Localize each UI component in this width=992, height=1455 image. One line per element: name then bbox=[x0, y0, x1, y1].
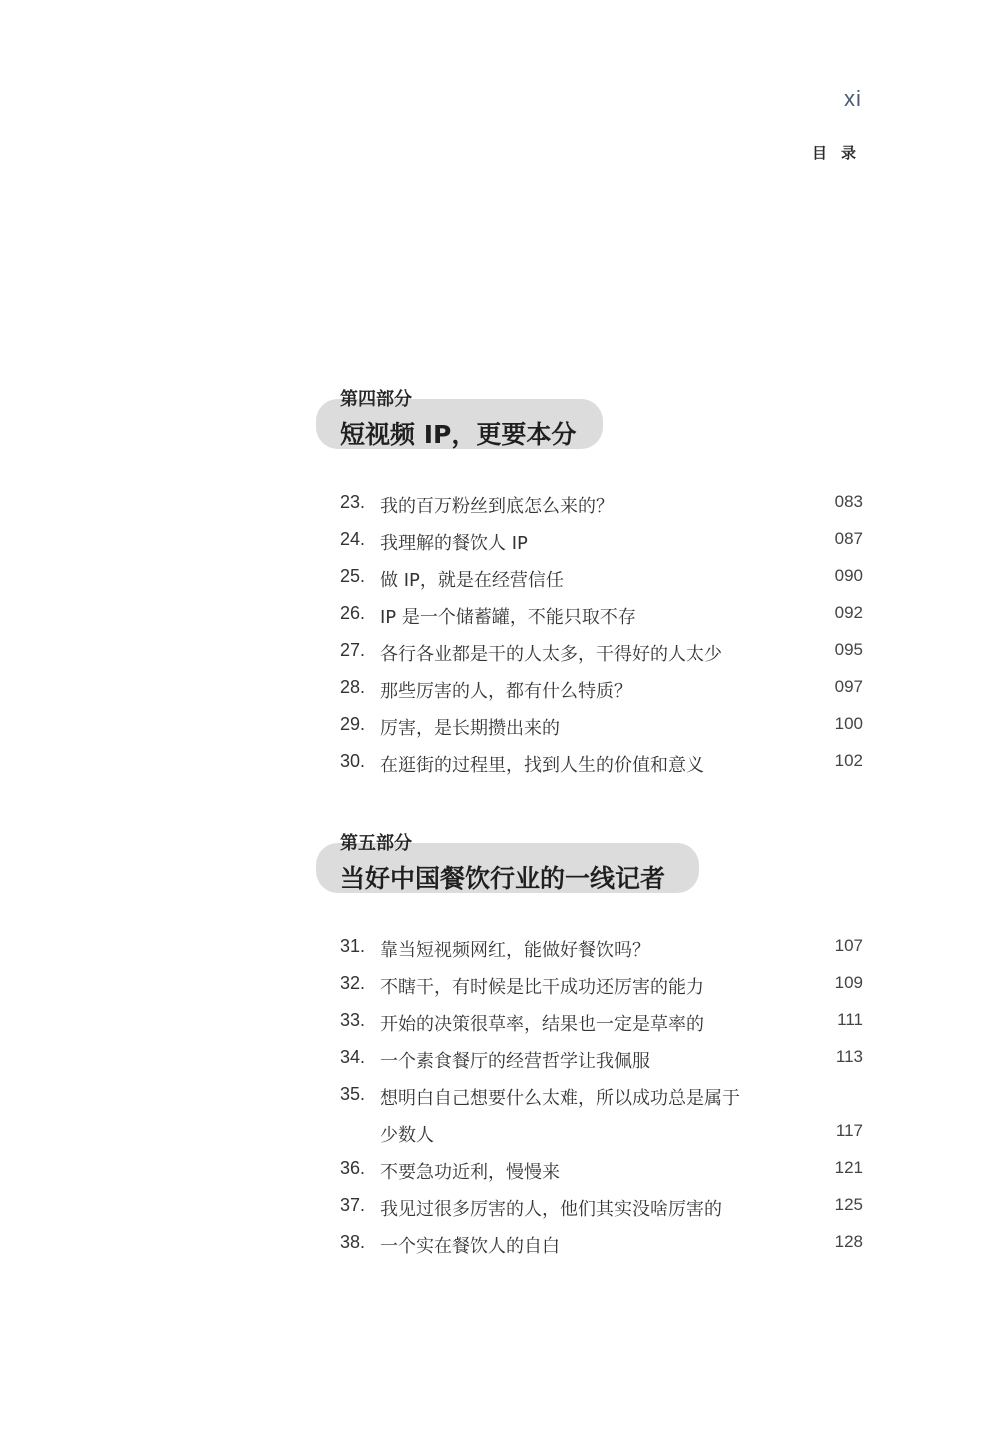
entry-page: 113 bbox=[836, 1047, 863, 1067]
entry-number: 34. bbox=[340, 1047, 365, 1068]
toc-entry[interactable]: 35. 想明白自己想要什么太难，所以成功总是属于 少数人 117 bbox=[0, 1084, 992, 1158]
entry-title-continued: 少数人 bbox=[380, 1121, 434, 1147]
toc-entry[interactable]: 23. 我的百万粉丝到底怎么来的？ 083 bbox=[0, 492, 992, 529]
toc-entry[interactable]: 31. 靠当短视频网红，能做好餐饮吗？ 107 bbox=[0, 936, 992, 973]
entry-number: 36. bbox=[340, 1158, 365, 1179]
entry-title: 在逛街的过程里，找到人生的价值和意义 bbox=[380, 751, 704, 777]
entry-number: 35. bbox=[340, 1084, 365, 1105]
entry-number: 29. bbox=[340, 714, 365, 735]
toc-entry[interactable]: 24. 我理解的餐饮人 IP 087 bbox=[0, 529, 992, 566]
toc-entry[interactable]: 36. 不要急功近利，慢慢来 121 bbox=[0, 1158, 992, 1195]
toc-entry[interactable]: 37. 我见过很多厉害的人，他们其实没啥厉害的 125 bbox=[0, 1195, 992, 1232]
entry-page: 128 bbox=[835, 1232, 863, 1252]
entry-number: 27. bbox=[340, 640, 365, 661]
toc-entry[interactable]: 25. 做 IP，就是在经营信任 090 bbox=[0, 566, 992, 603]
entry-page: 100 bbox=[835, 714, 863, 734]
entry-page: 107 bbox=[835, 936, 863, 956]
entry-title: 做 IP，就是在经营信任 bbox=[380, 566, 564, 592]
entry-page: 097 bbox=[835, 677, 863, 697]
entry-title: 那些厉害的人，都有什么特质？ bbox=[380, 677, 632, 703]
entry-title: 一个实在餐饮人的自白 bbox=[380, 1232, 560, 1258]
entry-number: 30. bbox=[340, 751, 365, 772]
entry-title: 一个素食餐厅的经营哲学让我佩服 bbox=[380, 1047, 650, 1073]
entry-title: 靠当短视频网红，能做好餐饮吗？ bbox=[380, 936, 650, 962]
entry-page: 092 bbox=[835, 603, 863, 623]
entry-number: 26. bbox=[340, 603, 365, 624]
entry-page: 117 bbox=[836, 1121, 863, 1141]
part-label: 第五部分 bbox=[340, 829, 412, 855]
entry-page: 121 bbox=[835, 1158, 863, 1178]
entry-title: 不要急功近利，慢慢来 bbox=[380, 1158, 560, 1184]
toc-entry[interactable]: 33. 开始的决策很草率，结果也一定是草率的 111 bbox=[0, 1010, 992, 1047]
entry-page: 083 bbox=[835, 492, 863, 512]
entry-title: 我理解的餐饮人 IP bbox=[380, 529, 528, 555]
toc-entry[interactable]: 26. IP 是一个储蓄罐，不能只取不存 092 bbox=[0, 603, 992, 640]
entry-page: 109 bbox=[835, 973, 863, 993]
entry-number: 23. bbox=[340, 492, 365, 513]
entry-number: 32. bbox=[340, 973, 365, 994]
entry-title: 各行各业都是干的人太多，干得好的人太少 bbox=[380, 640, 722, 666]
toc-entry[interactable]: 29. 厉害，是长期攒出来的 100 bbox=[0, 714, 992, 751]
toc-entry[interactable]: 30. 在逛街的过程里，找到人生的价值和意义 102 bbox=[0, 751, 992, 788]
entry-page: 125 bbox=[835, 1195, 863, 1215]
part-label: 第四部分 bbox=[340, 385, 412, 411]
entry-title: 不瞎干，有时候是比干成功还厉害的能力 bbox=[380, 973, 704, 999]
entry-page: 095 bbox=[835, 640, 863, 660]
entry-number: 33. bbox=[340, 1010, 365, 1031]
entry-page: 087 bbox=[835, 529, 863, 549]
entry-title: 我见过很多厉害的人，他们其实没啥厉害的 bbox=[380, 1195, 722, 1221]
entry-title: 厉害，是长期攒出来的 bbox=[380, 714, 560, 740]
entry-page: 090 bbox=[835, 566, 863, 586]
toc-entry[interactable]: 34. 一个素食餐厅的经营哲学让我佩服 113 bbox=[0, 1047, 992, 1084]
part-title: 当好中国餐饮行业的一线记者 bbox=[340, 859, 665, 895]
entry-number: 24. bbox=[340, 529, 365, 550]
entry-title: 开始的决策很草率，结果也一定是草率的 bbox=[380, 1010, 704, 1036]
toc-entry[interactable]: 38. 一个实在餐饮人的自白 128 bbox=[0, 1232, 992, 1269]
toc-entry[interactable]: 27. 各行各业都是干的人太多，干得好的人太少 095 bbox=[0, 640, 992, 677]
part-title: 短视频 IP，更要本分 bbox=[340, 415, 576, 451]
entry-page: 102 bbox=[835, 751, 863, 771]
entry-title: 我的百万粉丝到底怎么来的？ bbox=[380, 492, 614, 518]
entry-title: 想明白自己想要什么太难，所以成功总是属于 bbox=[380, 1084, 740, 1110]
page-number: xi bbox=[844, 86, 862, 112]
entry-number: 31. bbox=[340, 936, 365, 957]
toc-entry[interactable]: 32. 不瞎干，有时候是比干成功还厉害的能力 109 bbox=[0, 973, 992, 1010]
entry-title: IP 是一个储蓄罐，不能只取不存 bbox=[380, 603, 636, 629]
entry-page: 111 bbox=[837, 1010, 863, 1030]
toc-entry[interactable]: 28. 那些厉害的人，都有什么特质？ 097 bbox=[0, 677, 992, 714]
entry-number: 37. bbox=[340, 1195, 365, 1216]
running-head: 目录 bbox=[812, 142, 870, 163]
entry-number: 38. bbox=[340, 1232, 365, 1253]
entry-number: 28. bbox=[340, 677, 365, 698]
entry-number: 25. bbox=[340, 566, 365, 587]
